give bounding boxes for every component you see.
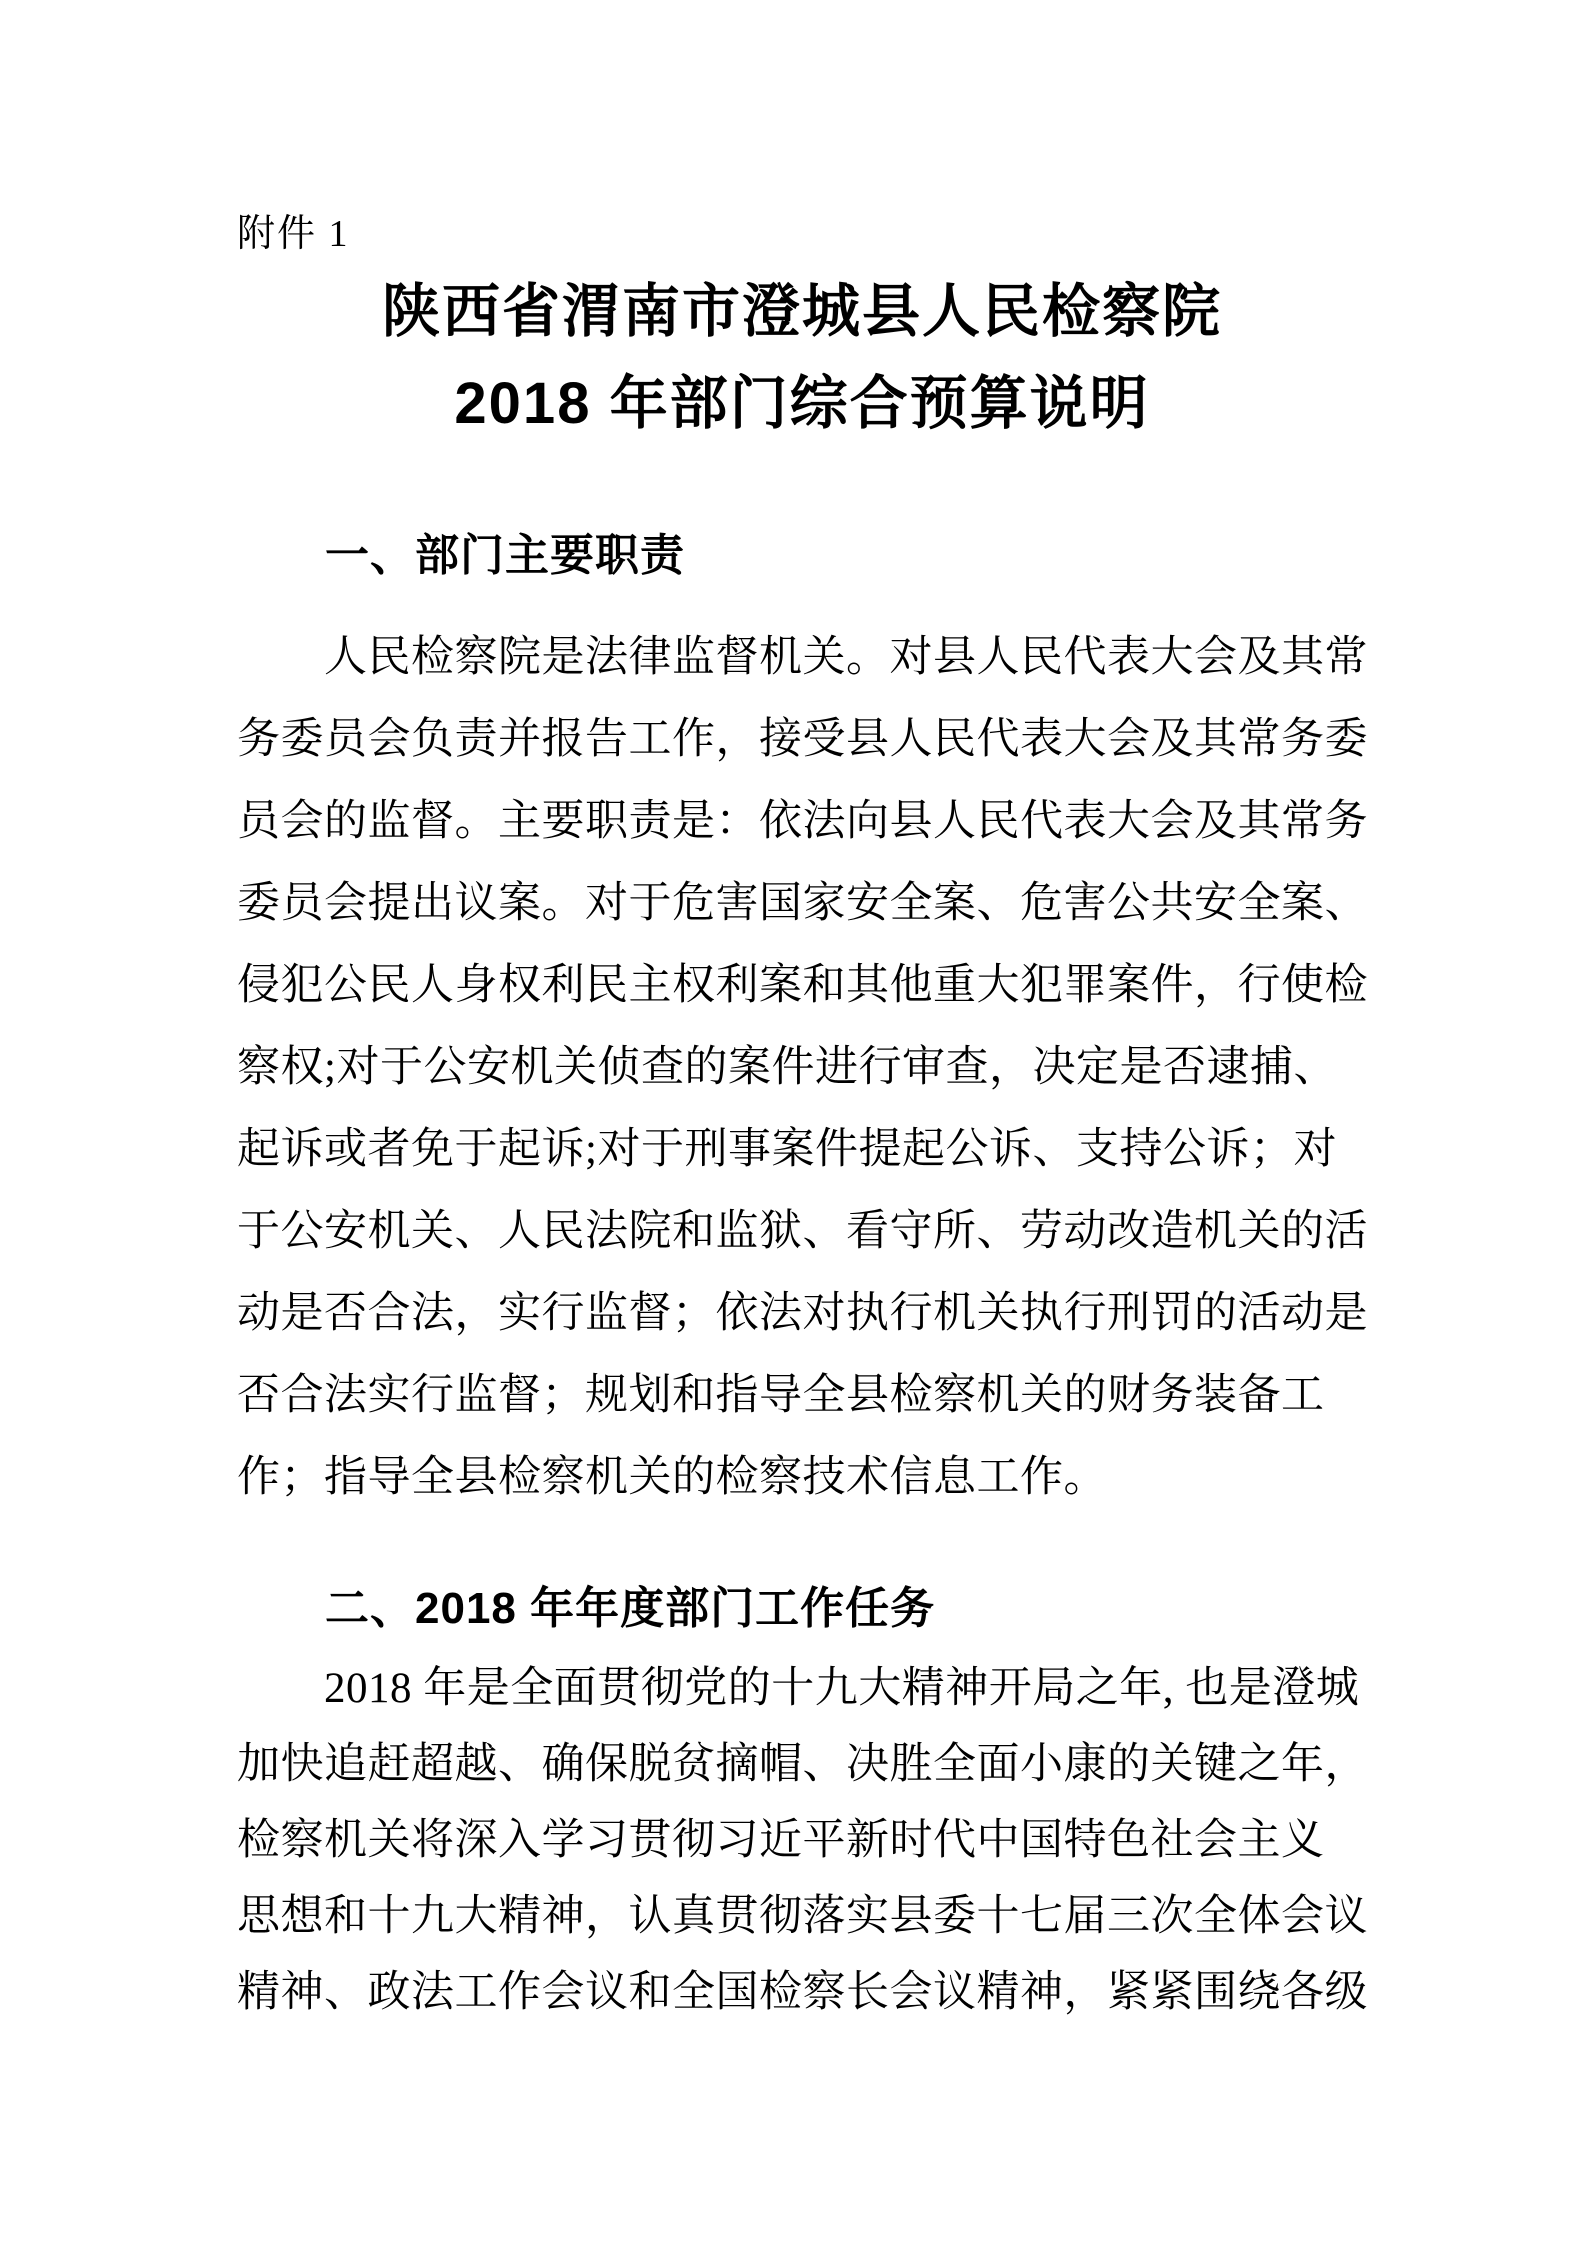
- text-line: 委员会提出议案。对于危害国家安全案、危害公共安全案、: [237, 863, 1367, 945]
- text-line: 于公安机关、人民法院和监狱、看守所、劳动改造机关的活: [237, 1191, 1367, 1273]
- text-line: 精神、政法工作会议和全国检察长会议精神，紧紧围绕各级: [237, 1955, 1367, 2031]
- document-title-line-1: 陕西省渭南市澄城县人民检察院: [237, 266, 1367, 358]
- section-1-paragraph: 人民检察院是法律监督机关。对县人民代表大会及其常 务委员会负责并报告工作，接受县…: [237, 617, 1367, 1519]
- section-2-heading: 二、2018 年年度部门工作任务: [237, 1580, 1367, 1638]
- text-line: 侵犯公民人身权利民主权利案和其他重大犯罪案件，行使检: [237, 945, 1367, 1027]
- section-main-duties: 一、部门主要职责 人民检察院是法律监督机关。对县人民代表大会及其常 务委员会负责…: [237, 527, 1367, 1519]
- document-title-line-2: 2018 年部门综合预算说明: [237, 358, 1367, 450]
- text-line: 2018 年是全面贯彻党的十九大精神开局之年, 也是澄城: [237, 1651, 1367, 1727]
- attachment-label: 附件 1: [237, 213, 1367, 255]
- text-line: 务委员会负责并报告工作，接受县人民代表大会及其常务委: [237, 699, 1367, 781]
- text-line: 起诉或者免于起诉;对于刑事案件提起公诉、支持公诉；对: [237, 1109, 1367, 1191]
- text-line: 检察机关将深入学习贯彻习近平新时代中国特色社会主义: [237, 1803, 1367, 1879]
- text-line: 人民检察院是法律监督机关。对县人民代表大会及其常: [237, 617, 1367, 699]
- text-line: 否合法实行监督；规划和指导全县检察机关的财务装备工: [237, 1355, 1367, 1437]
- section-1-heading: 一、部门主要职责: [237, 527, 1367, 585]
- text-line: 加快追赶超越、确保脱贫摘帽、决胜全面小康的关键之年，: [237, 1727, 1367, 1803]
- text-line: 员会的监督。主要职责是：依法向县人民代表大会及其常务: [237, 781, 1367, 863]
- document-page: 附件 1 陕西省渭南市澄城县人民检察院 2018 年部门综合预算说明 一、部门主…: [0, 0, 1587, 2245]
- section-annual-tasks: 二、2018 年年度部门工作任务 2018 年是全面贯彻党的十九大精神开局之年,…: [237, 1580, 1367, 2031]
- text-line: 作；指导全县检察机关的检察技术信息工作。: [237, 1437, 1367, 1519]
- document-title: 陕西省渭南市澄城县人民检察院 2018 年部门综合预算说明: [237, 266, 1367, 450]
- section-2-paragraph: 2018 年是全面贯彻党的十九大精神开局之年, 也是澄城 加快追赶超越、确保脱贫…: [237, 1651, 1367, 2031]
- text-line: 思想和十九大精神，认真贯彻落实县委十七届三次全体会议: [237, 1879, 1367, 1955]
- text-line: 动是否合法，实行监督；依法对执行机关执行刑罚的活动是: [237, 1273, 1367, 1355]
- text-line: 察权;对于公安机关侦查的案件进行审查，决定是否逮捕、: [237, 1027, 1367, 1109]
